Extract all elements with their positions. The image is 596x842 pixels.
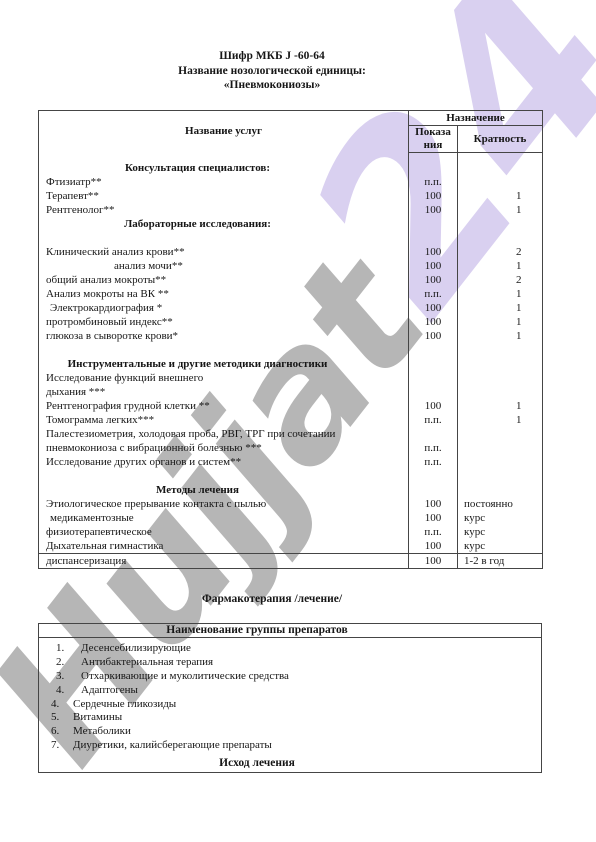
service-name-cell: Палестезиометрия, холодовая проба, РВГ, … [39,427,409,441]
multiplicity-cell: курс [458,511,543,525]
multiplicity-cell [458,371,543,385]
table-row: Рентгенография грудной клетки ** 100 1 [39,399,543,413]
indication-cell: 100 [409,399,458,413]
drug-group-item: 7. Диуретики, калийсберегающие препараты [51,739,541,753]
item-number: 7. [51,739,73,753]
multiplicity-cell: 1 [458,203,543,217]
service-name-cell: пневмокониоза с вибрационной болезнью **… [39,441,409,455]
table-row: Лабораторные исследования: [39,217,543,231]
purpose-column-header: Назначение [409,111,543,126]
nosology-name-line: «Пневмокониозы» [0,78,544,93]
multiplicity-cell [458,161,543,175]
indication-cell [409,231,458,245]
indication-cell: п.п. [409,287,458,301]
indication-column-header: Показа ния [409,126,458,153]
multiplicity-cell [458,357,543,371]
service-name-cell: диспансеризация [39,553,409,568]
multiplicity-cell [458,455,543,469]
table-row [39,343,543,357]
table-row: Консультация специалистов: [39,161,543,175]
table-row: Исследование других органов и систем** п… [39,455,543,469]
multiplicity-cell: 1 [458,413,543,427]
item-number: 5. [51,711,73,725]
service-name-cell: Томограмма легких*** [39,413,409,427]
indication-cell: 100 [409,245,458,259]
indication-cell [409,385,458,399]
indication-cell: 100 [409,539,458,554]
service-name-cell: Анализ мокроты на ВК ** [39,287,409,301]
multiplicity-cell: 1 [458,189,543,203]
item-text: Диуретики, калийсберегающие препараты [73,739,272,753]
item-text: Антибактериальная терапия [81,656,213,670]
service-name-cell: анализ мочи** [39,259,409,273]
service-name-cell: Консультация специалистов: [39,161,409,175]
indication-cell: п.п. [409,525,458,539]
indication-cell: 100 [409,203,458,217]
drug-group-item: 3. Отхаркивающие и муколитические средст… [56,670,541,684]
indication-cell: 100 [409,315,458,329]
multiplicity-cell: постоянно [458,497,543,511]
multiplicity-cell: 1-2 в год [458,553,543,568]
table-row [39,469,543,483]
outcome-header: Исход лечения [39,757,541,769]
service-name-cell: Дыхательная гимнастика [39,539,409,554]
document-title-block: Шифр МКБ J -60-64 Название нозологическо… [0,49,544,93]
table-row: Методы лечения [39,483,543,497]
multiplicity-cell [458,385,543,399]
service-name-cell: Фтизиатр** [39,175,409,189]
multiplicity-cell: 1 [458,287,543,301]
drug-group-item: 5. Витамины [51,711,541,725]
service-name-cell: дыхания *** [39,385,409,399]
drug-group-item: 4. Адаптогены [56,684,541,698]
service-name-cell: протромбиновый индекс** [39,315,409,329]
drug-groups-header: Наименование группы препаратов [39,624,541,638]
table-row: Инструментальные и другие методики диагн… [39,357,543,371]
drug-groups-table: Наименование группы препаратов 1. Десенс… [38,623,542,773]
drug-group-item: 2. Антибактериальная терапия [56,656,541,670]
table-row: Электрокардиография * 100 1 [39,301,543,315]
multiplicity-cell [458,217,543,231]
item-number: 1. [56,642,81,656]
indication-cell: 100 [409,301,458,315]
drug-group-item: 6. Метаболики [51,725,541,739]
table-row: глюкоза в сыворотке крови* 100 1 [39,329,543,343]
item-text: Метаболики [73,725,131,739]
indication-cell: 100 [409,553,458,568]
table-row: Исследование функций внешнего [39,371,543,385]
item-number: 4. [56,684,81,698]
indication-cell: п.п. [409,413,458,427]
table-row: Дыхательная гимнастика 100 курс [39,539,543,554]
table-row: анализ мочи** 100 1 [39,259,543,273]
indication-cell: 100 [409,189,458,203]
indication-cell: 100 [409,259,458,273]
indication-cell: п.п. [409,441,458,455]
multiplicity-cell [458,231,543,245]
indication-cell: 100 [409,329,458,343]
multiplicity-cell [458,175,543,189]
indication-cell [409,343,458,357]
item-text: Отхаркивающие и муколитические средства [81,670,289,684]
service-name-cell: Лабораторные исследования: [39,217,409,231]
service-name-cell: глюкоза в сыворотке крови* [39,329,409,343]
document-content: Шифр МКБ J -60-64 Название нозологическо… [0,0,596,842]
indication-cell: 100 [409,497,458,511]
item-number: 6. [51,725,73,739]
multiplicity-cell [458,343,543,357]
service-name-cell: Исследование других органов и систем** [39,455,409,469]
indication-cell: п.п. [409,175,458,189]
service-name-cell: Рентгенография грудной клетки ** [39,399,409,413]
table-row: физиотерапевтическое п.п. курс [39,525,543,539]
drug-group-item: 4. Сердечные гликозиды [51,698,541,712]
table-row: Рентгенолог** 100 1 [39,203,543,217]
multiplicity-cell: 2 [458,245,543,259]
indication-cell [409,161,458,175]
service-name-cell: физиотерапевтическое [39,525,409,539]
table-row: общий анализ мокроты** 100 2 [39,273,543,287]
indication-cell: 100 [409,511,458,525]
table-row: протромбиновый индекс** 100 1 [39,315,543,329]
multiplicity-cell: 1 [458,259,543,273]
service-name-cell: Терапевт** [39,189,409,203]
service-name-cell: общий анализ мокроты** [39,273,409,287]
multiplicity-cell: 1 [458,329,543,343]
multiplicity-column-header: Кратность [458,126,543,153]
document-page: Hujjat24 Шифр МКБ J -60-64 Название нозо… [0,0,596,842]
multiplicity-cell: 1 [458,399,543,413]
service-name-cell: Инструментальные и другие методики диагн… [39,357,409,371]
service-name-cell: Электрокардиография * [39,301,409,315]
multiplicity-cell: 1 [458,315,543,329]
indication-cell [409,217,458,231]
services-table: Название услуг Назначение Показа ния Кра… [38,110,543,569]
multiplicity-cell: курс [458,539,543,554]
indication-cell [409,371,458,385]
pharmacotherapy-section-title: Фармакотерапия /лечение/ [0,593,544,605]
drug-group-item: 1. Десенсебилизирующие [56,642,541,656]
item-number: 4. [51,698,73,712]
table-row: Палестезиометрия, холодовая проба, РВГ, … [39,427,543,441]
service-name-cell: медикаментозные [39,511,409,525]
nosology-label-line: Название нозологической единицы: [0,64,544,79]
service-name-cell: Клинический анализ крови** [39,245,409,259]
multiplicity-cell [458,469,543,483]
table-row: Томограмма легких*** п.п. 1 [39,413,543,427]
multiplicity-cell [458,483,543,497]
multiplicity-cell: курс [458,525,543,539]
table-row: Терапевт** 100 1 [39,189,543,203]
multiplicity-cell: 2 [458,273,543,287]
item-number: 3. [56,670,81,684]
service-name-cell: Этиологическое прерывание контакта с пыл… [39,497,409,511]
indication-cell: п.п. [409,455,458,469]
table-row: Фтизиатр** п.п. [39,175,543,189]
multiplicity-cell [458,441,543,455]
table-row: Анализ мокроты на ВК ** п.п. 1 [39,287,543,301]
table-row: Клинический анализ крови** 100 2 [39,245,543,259]
multiplicity-cell: 1 [458,301,543,315]
indication-cell [409,357,458,371]
table-row: диспансеризация 100 1-2 в год [39,553,543,568]
multiplicity-cell [458,427,543,441]
item-text: Сердечные гликозиды [73,698,176,712]
indication-cell: 100 [409,273,458,287]
service-name-cell [39,469,409,483]
spacer-row [39,153,543,161]
drug-groups-list: 1. Десенсебилизирующие 2. Антибактериаль… [39,638,541,753]
service-name-cell [39,231,409,245]
table-row: пневмокониоза с вибрационной болезнью **… [39,441,543,455]
service-name-cell: Исследование функций внешнего [39,371,409,385]
table-row: Этиологическое прерывание контакта с пыл… [39,497,543,511]
table-row [39,231,543,245]
item-number: 2. [56,656,81,670]
table-row: дыхания *** [39,385,543,399]
item-text: Адаптогены [81,684,138,698]
service-name-cell: Методы лечения [39,483,409,497]
indication-cell [409,427,458,441]
services-table-header: Название услуг Назначение Показа ния Кра… [39,111,543,153]
mkb-code-line: Шифр МКБ J -60-64 [0,49,544,64]
item-text: Витамины [73,711,122,725]
indication-cell [409,469,458,483]
table-row: медикаментозные 100 курс [39,511,543,525]
service-name-cell: Рентгенолог** [39,203,409,217]
item-text: Десенсебилизирующие [81,642,191,656]
indication-cell [409,483,458,497]
service-name-cell [39,343,409,357]
services-column-header: Название услуг [39,111,409,153]
